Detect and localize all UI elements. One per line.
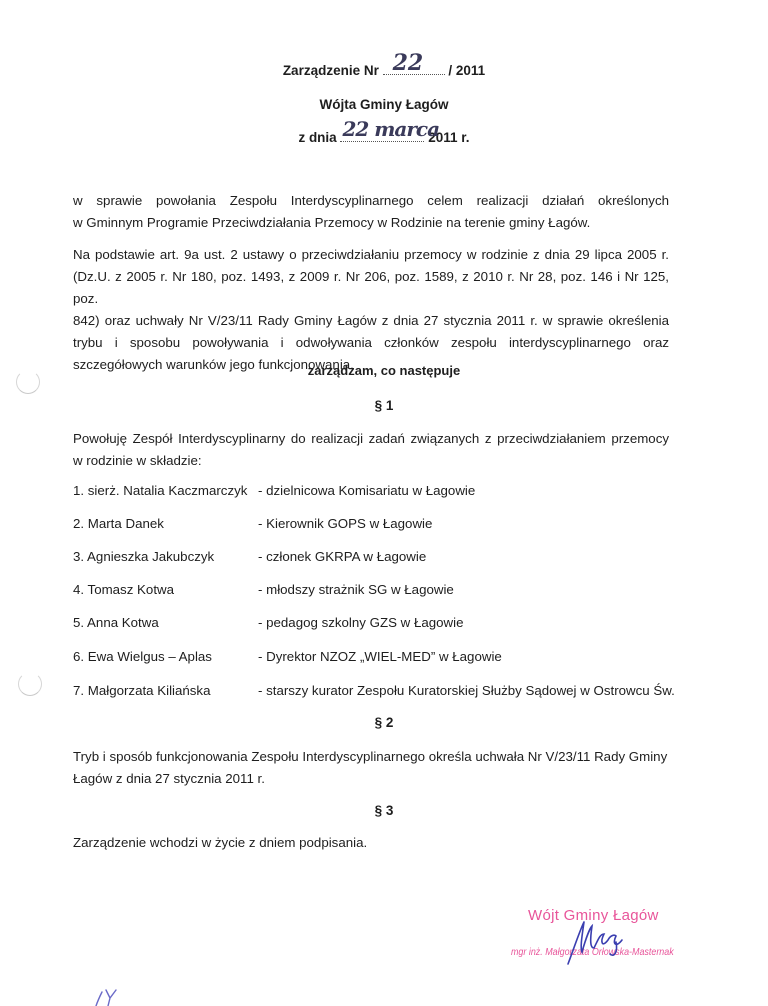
section-3-line: Zarządzenie wchodzi w życie z dniem podp… — [73, 832, 669, 854]
section-1-text: Powołuję Zespół Interdyscyplinarny do re… — [73, 428, 669, 472]
subject-line: w Gminnym Programie Przeciwdziałania Prz… — [73, 212, 669, 234]
number-blank: 22 — [383, 62, 445, 75]
subject-paragraph: w sprawie powołania Zespołu Interdyscypl… — [73, 190, 669, 234]
member-role: - członek GKRPA w Łagowie — [258, 549, 426, 564]
members-list: 1. sierż. Natalia Kaczmarczyk - dzielnic… — [73, 483, 713, 703]
section-3-mark: § 3 — [0, 803, 768, 818]
member-name: 3. Agnieszka Jakubczyk — [73, 549, 214, 564]
member-role: - starszy kurator Zespołu Kuratorskiej S… — [258, 683, 675, 698]
section-1-line: Powołuję Zespół Interdyscyplinarny do re… — [73, 428, 669, 450]
member-name: 6. Ewa Wielgus – Aplas — [73, 649, 212, 664]
member-role: - pedagog szkolny GZS w Łagowie — [258, 615, 463, 630]
member-name: 1. sierż. Natalia Kaczmarczyk — [73, 483, 247, 498]
member-name: 4. Tomasz Kotwa — [73, 582, 174, 597]
section-2-text: Tryb i sposób funkcjonowania Zespołu Int… — [73, 746, 669, 790]
subject-line: w sprawie powołania Zespołu Interdyscypl… — [73, 190, 669, 212]
member-role: - Kierownik GOPS w Łagowie — [258, 516, 432, 531]
member-role: - Dyrektor NZOZ „WIEL-MED” w Łagowie — [258, 649, 502, 664]
legal-basis-line: trybu i sposobu powoływania i odwoływani… — [73, 332, 669, 354]
section-2-line: Tryb i sposób funkcjonowania Zespołu Int… — [73, 746, 669, 768]
date-prefix: z dnia — [298, 130, 336, 145]
member-name: 7. Małgorzata Kiliańska — [73, 683, 210, 698]
section-1-mark: § 1 — [0, 398, 768, 413]
member-role: - dzielnicowa Komisariatu w Łagowie — [258, 483, 475, 498]
handwritten-mark-icon — [90, 988, 120, 1006]
legal-basis-line: 842) oraz uchwały Nr V/23/11 Rady Gminy … — [73, 310, 669, 332]
title-prefix: Zarządzenie Nr — [283, 63, 379, 78]
decree-heading: zarządzam, co następuje — [0, 363, 768, 378]
member-name: 5. Anna Kotwa — [73, 615, 159, 630]
legal-basis-line: (Dz.U. z 2005 r. Nr 180, poz. 1493, z 20… — [73, 266, 669, 310]
section-1-line: w rodzinie w składzie: — [73, 450, 669, 472]
signature-icon — [560, 918, 640, 968]
section-3-text: Zarządzenie wchodzi w życie z dniem podp… — [73, 832, 669, 854]
handwritten-date: 22 marca — [342, 117, 439, 141]
section-2-line: Łagów z dnia 27 stycznia 2011 r. — [73, 768, 669, 790]
decree-date: z dnia 22 marca 2011 r. — [0, 129, 768, 145]
handwritten-number: 22 — [393, 50, 424, 76]
punch-hole-icon — [16, 370, 40, 394]
legal-basis-line: Na podstawie art. 9a ust. 2 ustawy o prz… — [73, 244, 669, 266]
member-role: - młodszy strażnik SG w Łagowie — [258, 582, 454, 597]
legal-basis-paragraph: Na podstawie art. 9a ust. 2 ustawy o prz… — [73, 244, 669, 376]
title-suffix: / 2011 — [448, 63, 485, 78]
punch-hole-icon — [18, 672, 42, 696]
issuer: Wójta Gminy Łagów — [0, 97, 768, 112]
date-blank: 22 marca — [340, 129, 424, 142]
member-name: 2. Marta Danek — [73, 516, 164, 531]
section-2-mark: § 2 — [0, 715, 768, 730]
decree-title: Zarządzenie Nr 22 / 2011 — [0, 62, 768, 78]
